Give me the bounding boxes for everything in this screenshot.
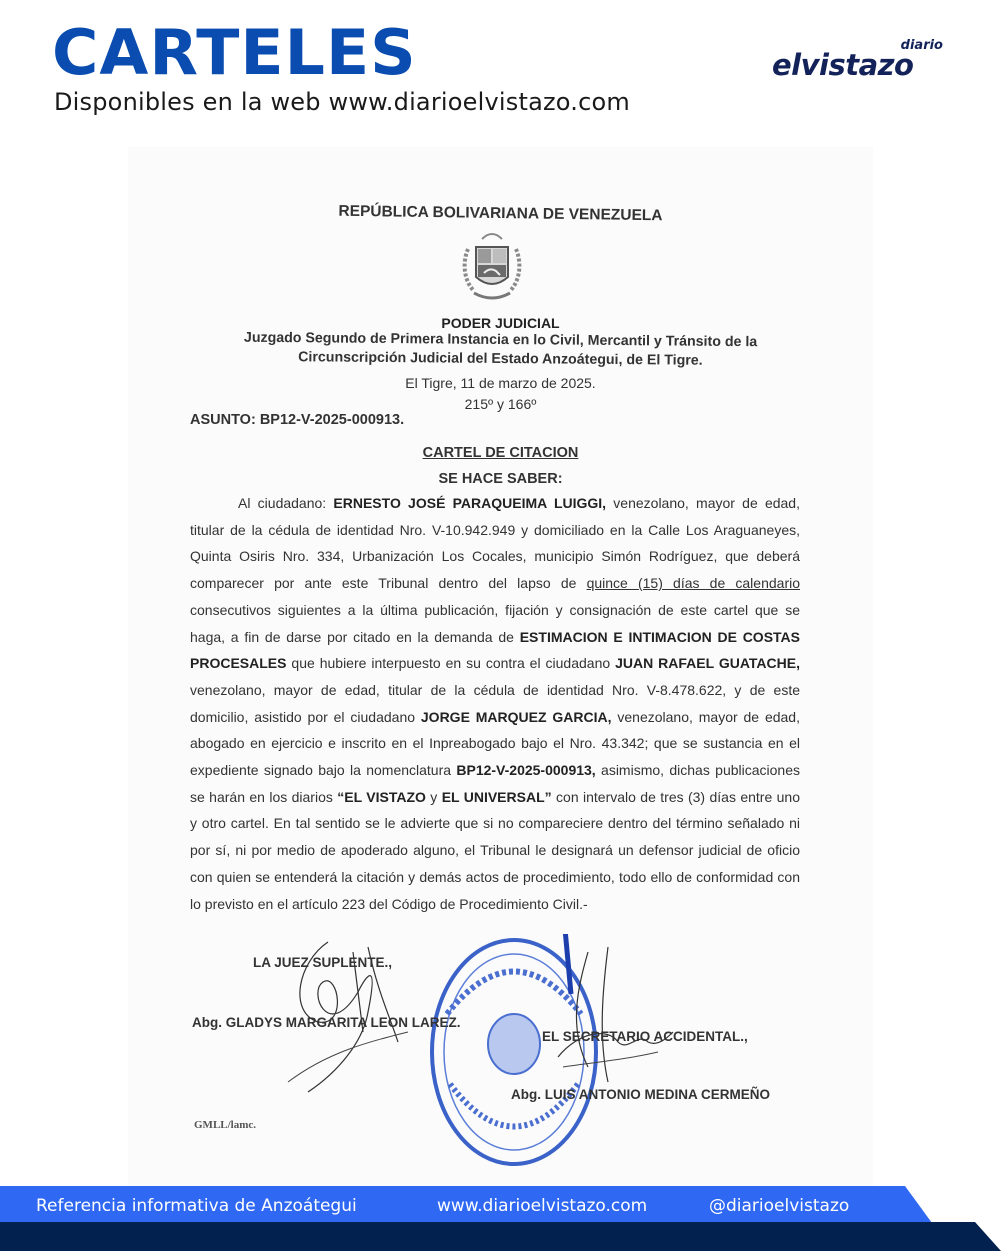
page-title: CARTELES — [52, 18, 417, 88]
lawyer-name: JORGE MARQUEZ GARCIA, — [421, 709, 612, 725]
deadline-text: quince (15) días de calendario — [587, 575, 800, 591]
document-date: El Tigre, 11 de marzo de 2025. — [128, 375, 873, 391]
cartel-title: CARTEL DE CITACION — [128, 445, 873, 461]
document-years: 215º y 166º — [128, 396, 873, 412]
footer-navy-band — [0, 1222, 1001, 1251]
page-subtitle: Disponibles en la web www.diarioelvistaz… — [54, 88, 630, 116]
coat-of-arms-icon — [460, 229, 524, 305]
judge-name: Abg. GLADYS MARGARITA LEON LAREZ. — [192, 1015, 460, 1030]
defendant-name: ERNESTO JOSÉ PARAQUEIMA LUIGGI, — [333, 495, 606, 511]
juzgado-heading: Juzgado Segundo de Primera Instancia en … — [128, 328, 873, 372]
footer-website-link[interactable]: www.diarioelvistazo.com — [437, 1196, 647, 1216]
body-text: Al ciudadano: — [238, 495, 333, 511]
body-text: que hubiere interpuesto en su contra el … — [286, 655, 615, 671]
document-initials: GMLL/lamc. — [194, 1119, 256, 1131]
document-body: Al ciudadano: ERNESTO JOSÉ PARAQUEIMA LU… — [190, 490, 800, 917]
case-number-inline: BP12-V-2025-000913, — [456, 762, 595, 778]
secretary-title: EL SECRETARIO ACCIDENTAL., — [542, 1029, 748, 1044]
se-hace-saber: SE HACE SABER: — [128, 471, 873, 487]
judge-title: LA JUEZ SUPLENTE., — [253, 955, 392, 970]
body-text: con intervalo de tres (3) días entre uno… — [190, 789, 800, 912]
body-text: y — [426, 789, 442, 805]
newspaper-1: “EL VISTAZO — [337, 789, 426, 805]
scanned-document: REPÚBLICA BOLIVARIANA DE VENEZUELA PODER… — [128, 147, 873, 1187]
republica-heading: REPÚBLICA BOLIVARIANA DE VENEZUELA — [128, 200, 873, 228]
secretary-name: Abg. LUIS ANTONIO MEDINA CERMEÑO — [511, 1087, 770, 1102]
elvistazo-logo: diario elvistazo — [772, 36, 947, 86]
case-number: ASUNTO: BP12-V-2025-000913. — [190, 412, 404, 428]
secretary-signature-icon — [548, 947, 678, 1087]
newspaper-2: EL UNIVERSAL” — [442, 789, 552, 805]
footer-tagline: Referencia informativa de Anzoátegui — [36, 1196, 357, 1216]
plaintiff-name: JUAN RAFAEL GUATACHE, — [615, 655, 800, 671]
logo-big-text: elvistazo — [772, 48, 913, 82]
body-paragraph: Al ciudadano: ERNESTO JOSÉ PARAQUEIMA LU… — [190, 490, 800, 917]
footer-social-handle[interactable]: @diarioelvistazo — [709, 1196, 849, 1216]
